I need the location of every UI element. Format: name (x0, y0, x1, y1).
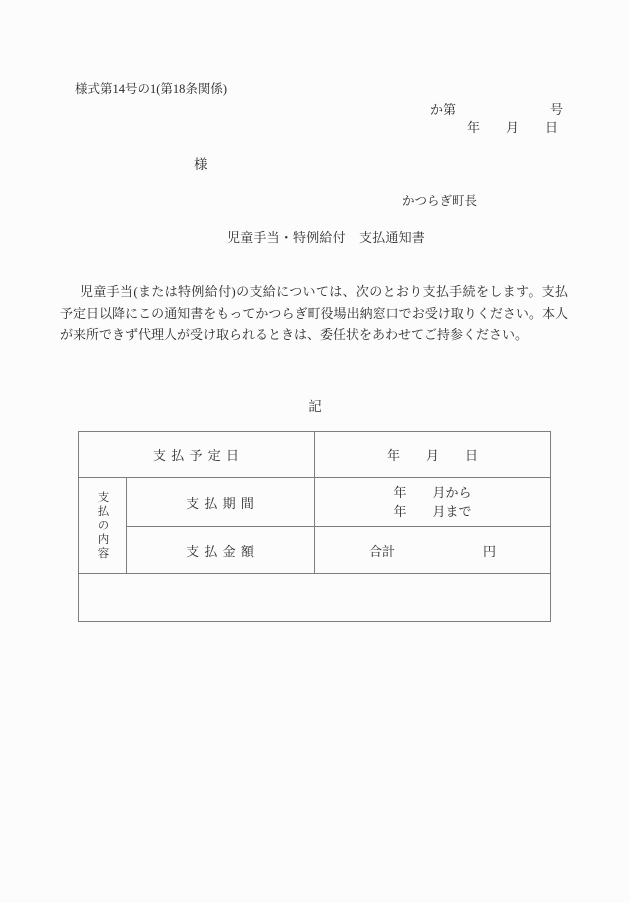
payment-amount-unit: 円 (483, 541, 496, 560)
scheduled-date-value-cell: 年 月 日 (315, 432, 550, 478)
payment-period-value-cell: 年 月から 年 月まで (315, 478, 550, 527)
payment-amount-total-label: 合計 (369, 541, 395, 560)
document-number-suffix: 号 (550, 99, 563, 118)
remarks-cell (79, 574, 550, 621)
sender-name: かつらぎ町長 (402, 191, 477, 209)
form-number: 様式第14号の1(第18条関係) (75, 82, 227, 96)
document-page: 様式第14号の1(第18条関係) か第 号 年 月 日 様 かつらぎ町長 児童手… (0, 0, 630, 903)
payment-amount-label-cell: 支 払 金 額 (127, 527, 315, 574)
payment-period-from: 年 月から (393, 483, 471, 503)
document-number-prefix: か第 (430, 99, 456, 118)
payment-table: 支 払 予 定 日 年 月 日 支払の内容 支 払 期 間 年 月から 年 月ま… (78, 431, 551, 622)
payment-period-to: 年 月まで (393, 502, 471, 522)
record-marker: 記 (0, 395, 630, 415)
body-paragraph: 児童手当(または特例給付)の支給については、次のとおり支払手続をします。支払予定… (60, 281, 568, 346)
scheduled-date-label-cell: 支 払 予 定 日 (79, 432, 315, 478)
payment-period-label-cell: 支 払 期 間 (127, 478, 315, 527)
issue-date-placeholder: 年 月 日 (467, 117, 558, 136)
document-number-row: か第 号 (430, 99, 563, 118)
document-title: 児童手当・特例給付 支払通知書 (227, 227, 425, 246)
payment-contents-vertical-header: 支払の内容 (79, 478, 127, 574)
addressee-suffix: 様 (194, 153, 208, 173)
payment-contents-vertical-label: 支払の内容 (95, 491, 111, 561)
payment-amount-value-cell: 合計 円 (315, 527, 550, 574)
